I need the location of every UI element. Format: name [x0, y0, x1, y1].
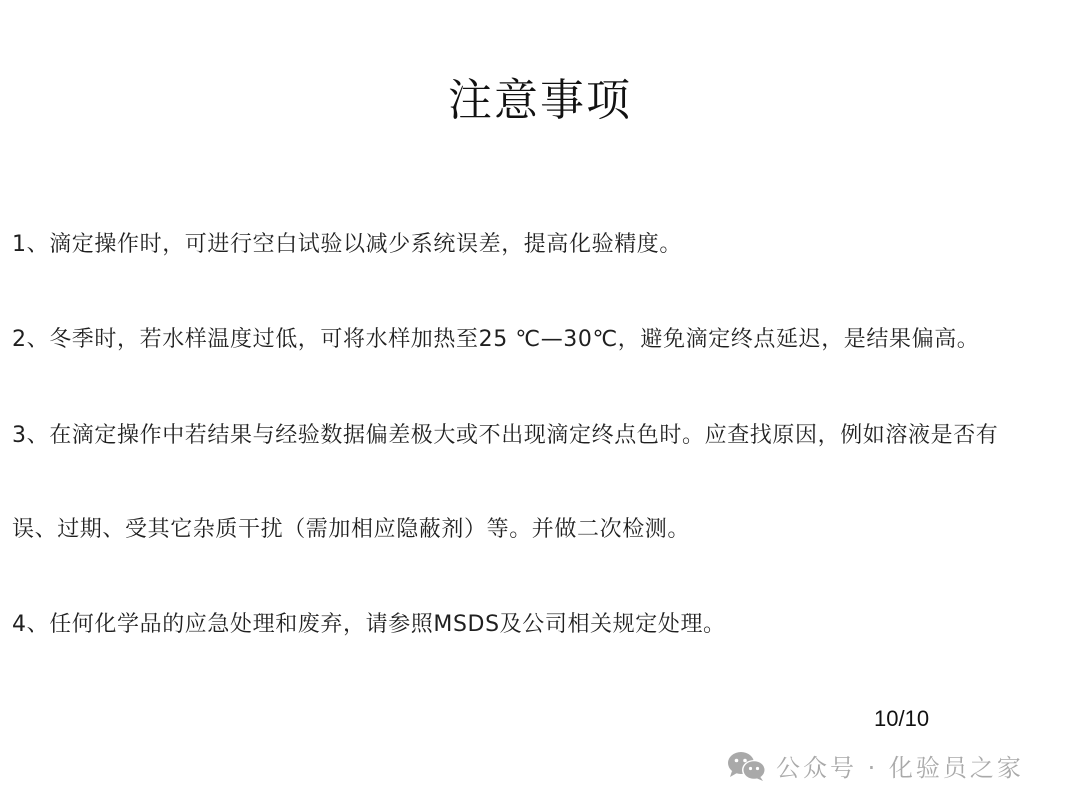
note-line-4: 4、任何化学品的应急处理和废弃，请参照MSDS及公司相关规定处理。 [12, 610, 726, 640]
page-number: 10/10 [874, 706, 929, 732]
watermark-text: 公众号 · 化验员之家 [776, 748, 1024, 783]
wechat-icon [726, 750, 768, 782]
note-line-2: 2、冬季时，若水样温度过低，可将水样加热至25 ℃—30℃，避免滴定终点延迟，是… [12, 325, 979, 355]
note-line-3-continued: 误、过期、受其它杂质干扰（需加相应隐蔽剂）等。并做二次检测。 [12, 515, 690, 545]
note-line-1: 1、滴定操作时，可进行空白试验以减少系统误差，提高化验精度。 [12, 230, 682, 260]
note-line-3: 3、在滴定操作中若结果与经验数据偏差极大或不出现滴定终点色时。应查找原因，例如溶… [12, 421, 998, 451]
slide-title: 注意事项 [0, 72, 1080, 130]
watermark: 公众号 · 化验员之家 [726, 748, 1024, 783]
